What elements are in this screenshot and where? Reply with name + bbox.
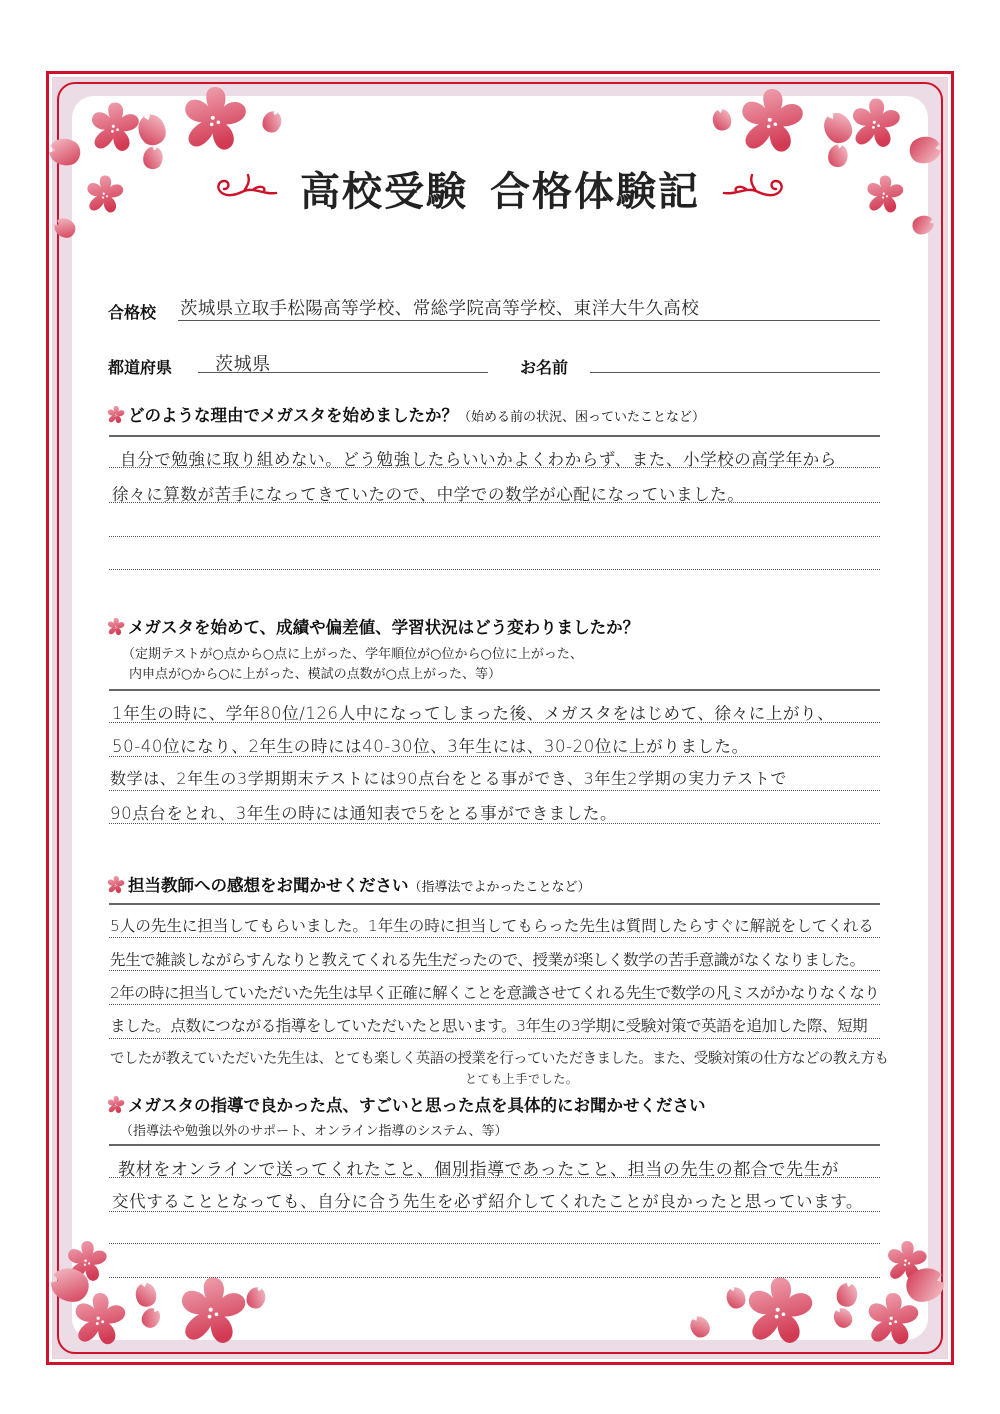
q3-answer-overflow[interactable]: とても上手でした。 (465, 1070, 578, 1087)
prefecture-label: 都道府県 (108, 355, 172, 378)
q4-answer-line-2[interactable]: 交代することとなっても、自分に合う先生を必ず紹介してくれたことが良かったと思って… (112, 1188, 863, 1212)
answer-guide-line (109, 1277, 880, 1278)
sakura-icon (107, 876, 125, 894)
answer-guide-line (109, 467, 880, 468)
q2-answer-line-2[interactable]: 50-40位になり、2年生の時には40-30位、3年生には、30-20位に上がり… (112, 733, 749, 757)
name-underline (590, 372, 880, 373)
answer-guide-line (109, 937, 880, 938)
answer-guide-line (109, 970, 880, 971)
answer-guide-line (109, 1038, 880, 1039)
school-label: 合格校 (108, 300, 156, 323)
question-2-note-2: 内申点が○から○に上がった、模試の点数が○点上がった、等） (129, 663, 501, 682)
title-part1: 高校受験 (300, 168, 468, 215)
answer-guide-line (109, 756, 880, 757)
question-1-divider (109, 435, 880, 437)
prefecture-underline (198, 372, 488, 373)
question-2-title: メガスタを始めて、成績や偏差値、学習状況はどう変わりましたか？ (107, 614, 639, 638)
title-part2: 合格体験記 (490, 168, 700, 215)
question-3-title: 担当教師への感想をお聞かせください（指導法でよかったことなど） (107, 872, 591, 896)
q3-answer-line-2[interactable]: 先生で雑談しながらすんなりと教えてくれる先生だったので、授業が楽しく数学の苦手意… (110, 948, 865, 970)
sakura-icon (107, 618, 125, 636)
question-3-divider (109, 903, 880, 905)
q2-answer-line-4[interactable]: 90点台をとれ、3年生の時には通知表で5をとる事ができました。 (110, 800, 617, 824)
name-label: お名前 (520, 355, 568, 378)
answer-guide-line (109, 823, 880, 824)
answer-guide-line (109, 790, 880, 791)
question-1-title: どのような理由でメガスタを始めましたか？（始める前の状況、困っていたことなど） (107, 402, 705, 426)
school-underline (178, 320, 880, 321)
answer-guide-line (109, 1177, 880, 1178)
page-title: 高校受験合格体験記 (0, 160, 1000, 217)
q3-answer-line-1[interactable]: 5人の先生に担当してもらいました。1年生の時に担当してもらった先生は質問したらす… (110, 914, 874, 936)
question-2-note-1: （定期テストが○点から○点に上がった、学年順位が○位から○位に上がった、 (122, 643, 583, 662)
q3-answer-line-4[interactable]: ました。点数につながる指導をしていただいたと思います。3年生の3学期に受験対策で… (110, 1014, 867, 1036)
answer-guide-line (109, 1211, 880, 1212)
school-value[interactable]: 茨城県立取手松陽高等学校、常総学院高等学校、東洋大牛久高校 (180, 295, 699, 320)
q2-answer-line-3[interactable]: 数学は、2年生の3学期期末テストには90点台をとる事ができ、3年生2学期の実力テ… (110, 766, 787, 789)
q3-answer-line-5[interactable]: でしたが教えていただいた先生は、とても楽しく英語の授業を行っていただきました。ま… (110, 1047, 888, 1068)
question-4-title: メガスタの指導で良かった点、すごいと思った点を具体的にお聞かせください (107, 1092, 706, 1116)
answer-guide-line (109, 1243, 880, 1244)
answer-guide-line (109, 722, 880, 723)
answer-guide-line (109, 536, 880, 537)
q3-answer-line-3[interactable]: 2年の時に担当していただいた先生は早く正確に解くことを意識させてくれる先生で数学… (110, 981, 879, 1003)
question-2-divider (109, 689, 880, 691)
answer-guide-line (109, 502, 880, 503)
answer-guide-line (109, 1004, 880, 1005)
question-4-note: （指導法や勉強以外のサポート、オンライン指導のシステム、等） (120, 1120, 508, 1139)
sakura-icon (107, 406, 125, 424)
question-4-divider (109, 1144, 880, 1146)
sakura-icon (107, 1096, 125, 1114)
q2-answer-line-1[interactable]: 1年生の時に、学年80位/126人中になってしまった後、メガスタをはじめて、徐々… (112, 700, 834, 724)
flourish-icon-right (722, 173, 786, 201)
answer-guide-line (109, 569, 880, 570)
